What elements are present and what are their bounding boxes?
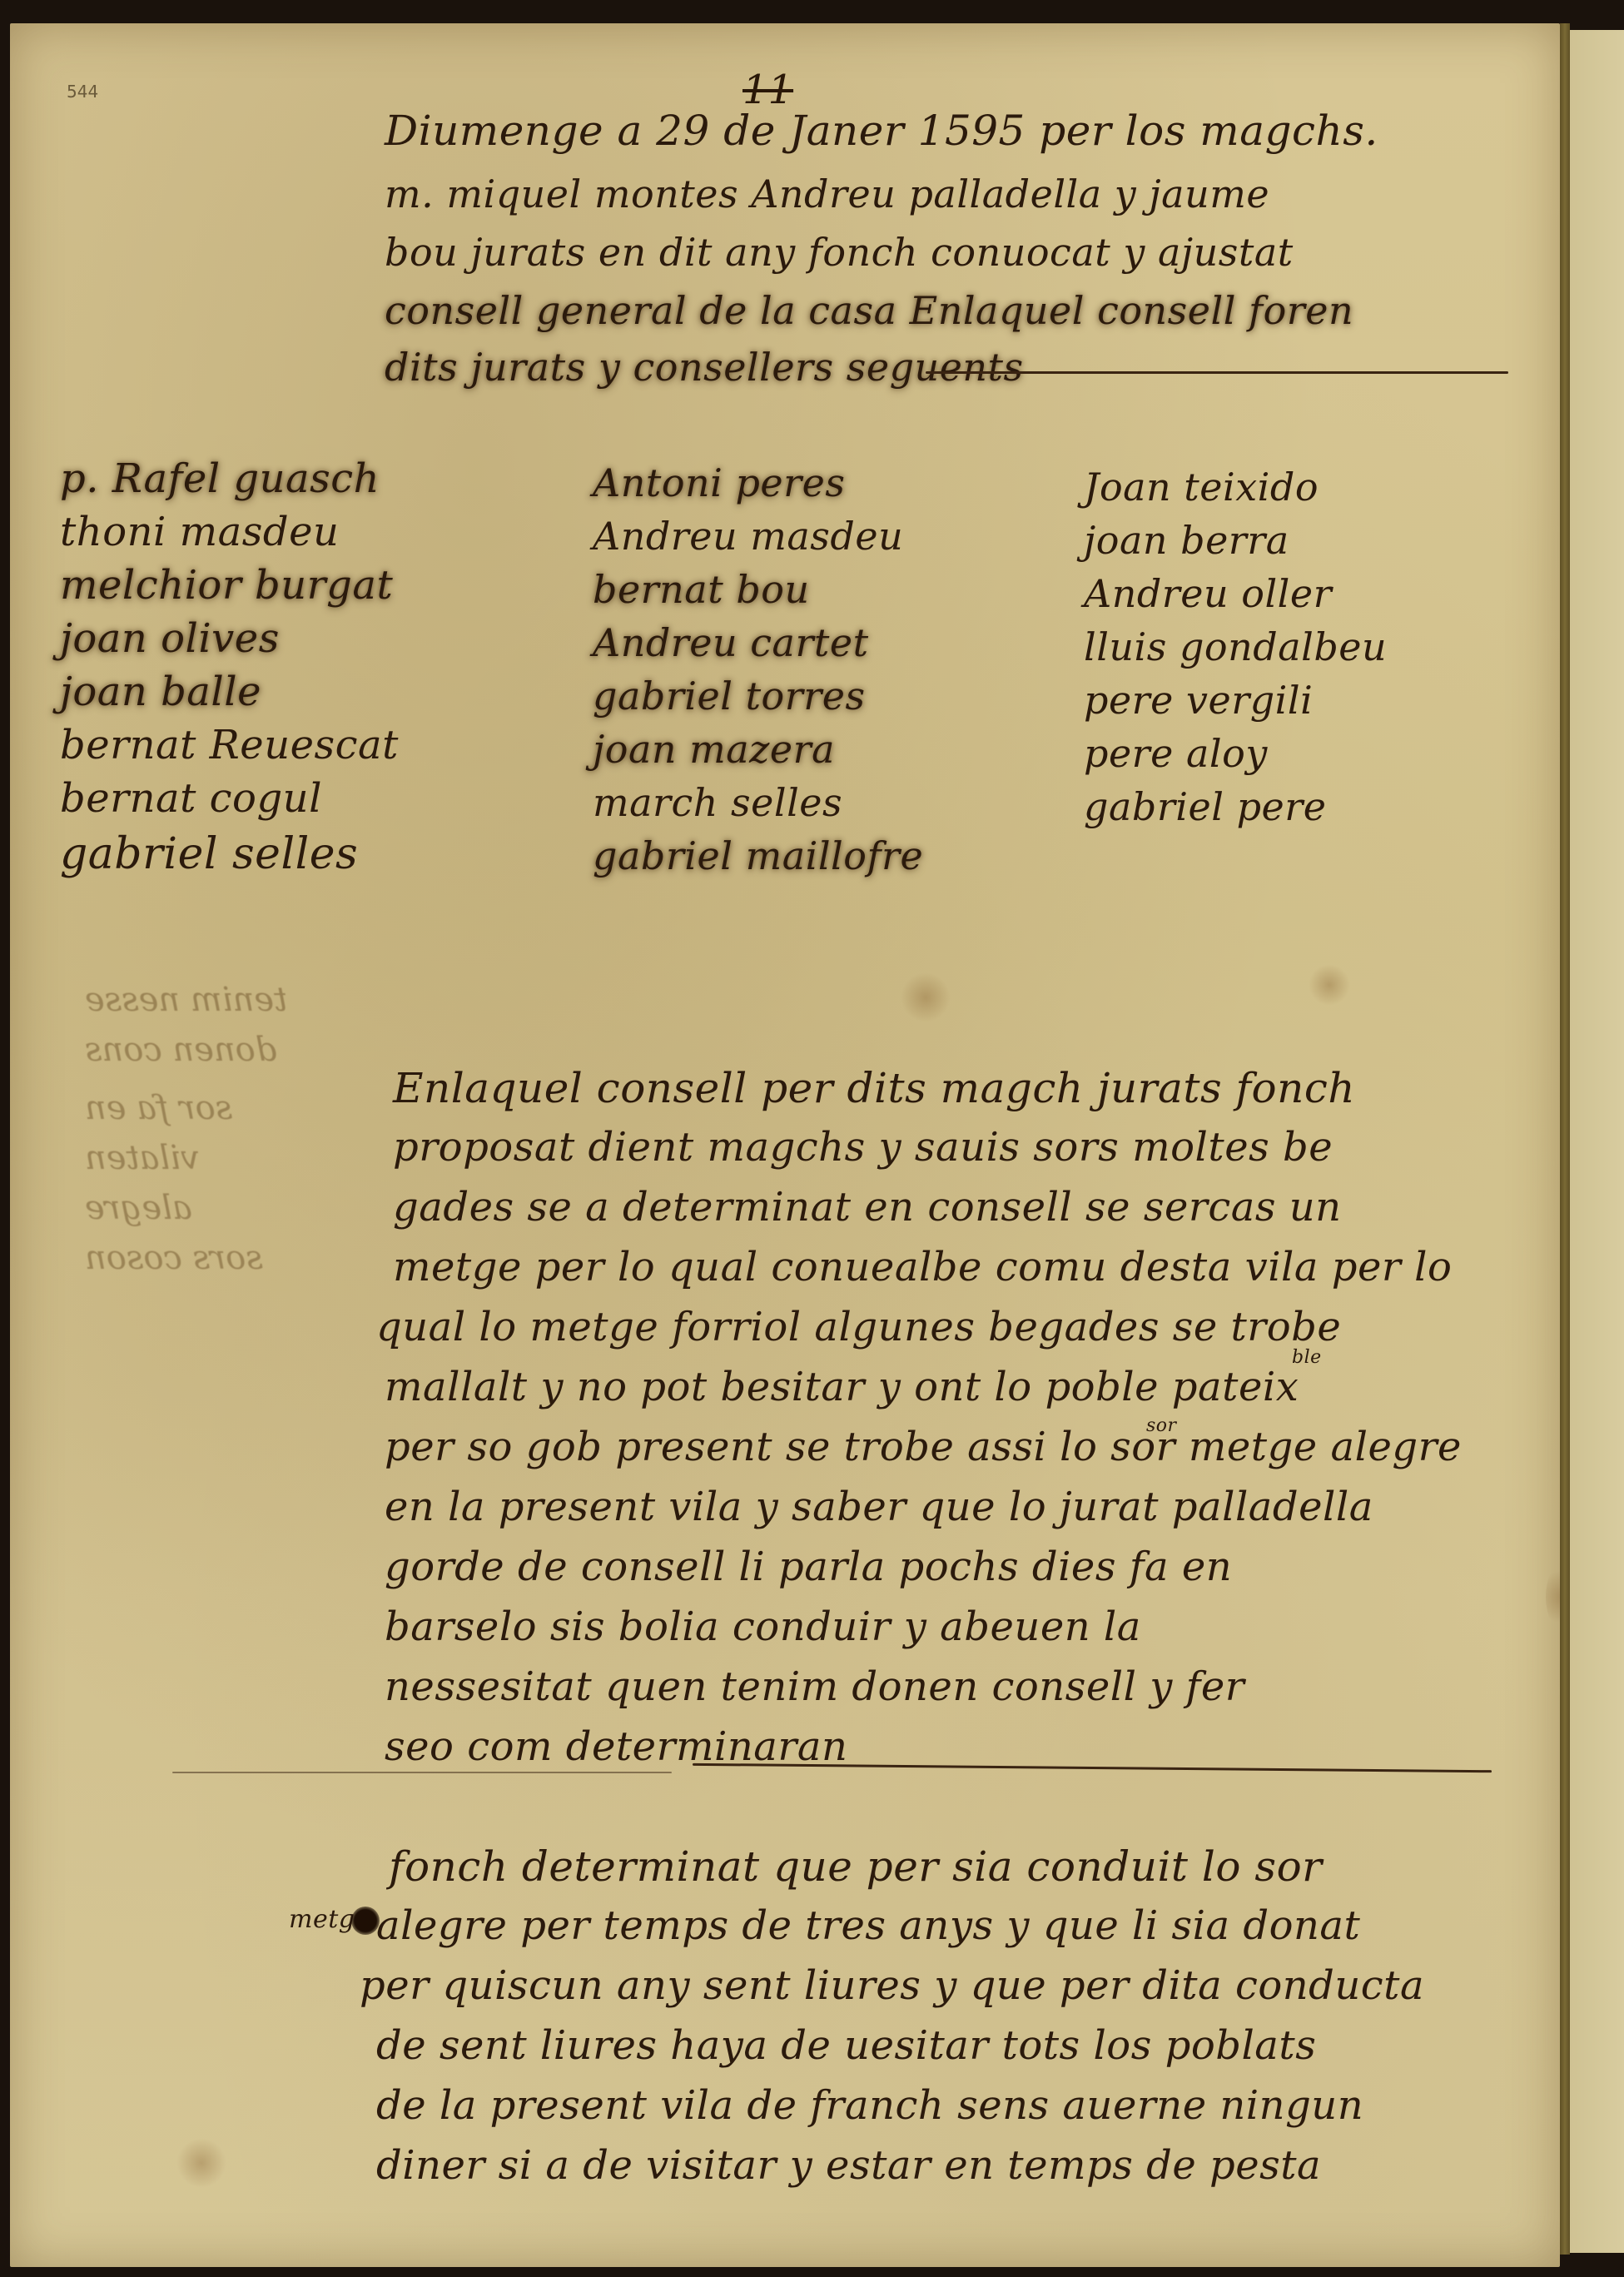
councillor-name: Antoni peres	[593, 456, 923, 510]
ink-blot	[351, 1907, 380, 1935]
proposal-line: barselo sis bolia conduir y abeuen la	[385, 1603, 1141, 1650]
councillor-name: joan balle	[60, 665, 399, 718]
bleed-line: tenim nesse	[85, 981, 287, 1019]
water-stain	[1309, 964, 1350, 1006]
binding-strip	[1560, 23, 1570, 2255]
councillor-name: lluis gondalbeu	[1084, 620, 1387, 674]
councillor-name: joan olives	[60, 612, 399, 665]
proposal-line: en la present vila y saber que lo jurat …	[385, 1484, 1373, 1530]
councillor-name: thoni masdeu	[60, 505, 399, 559]
proposal-line: Enlaquel consell per dits magch jurats f…	[393, 1064, 1355, 1112]
manuscript-page: 544 11 tenim nesse donen cons sor fa en …	[10, 23, 1560, 2267]
proposal-line: per so gob present se trobe assi lo sor …	[385, 1424, 1462, 1470]
resolution-line: diner si a de visitar y estar en temps d…	[376, 2142, 1321, 2189]
water-stain	[901, 972, 951, 1022]
councillors-column-3: Joan teixido joan berra Andreu oller llu…	[1084, 460, 1387, 833]
councillor-name: Andreu cartet	[593, 616, 923, 669]
proposal-line: metge per lo qual conuealbe comu desta v…	[393, 1244, 1452, 1290]
proposal-line: mallalt y no pot besitar y ont lo poble …	[385, 1364, 1299, 1410]
header-line: consell general de la casa Enlaquel cons…	[385, 288, 1353, 333]
councillor-name: gabriel maillofre	[593, 829, 923, 882]
proposal-line: nessesitat quen tenim donen consell y fe…	[385, 1663, 1244, 1710]
header-line: dits jurats y consellers seguents	[385, 345, 1024, 390]
councillors-column-2: Antoni peres Andreu masdeu bernat bou An…	[593, 456, 923, 882]
resolution-line: fonch determinat que per sia conduit lo …	[389, 1842, 1323, 1891]
interlinear-note: sor	[1146, 1415, 1177, 1436]
adjacent-page-edge	[1570, 30, 1624, 2253]
header-line: m. miquel montes Andreu palladella y jau…	[385, 172, 1269, 216]
councillor-name: Andreu masdeu	[593, 510, 923, 563]
bleed-line: sors coson	[85, 1239, 263, 1277]
proposal-line: gorde de consell li parla pochs dies fa …	[385, 1544, 1232, 1590]
proposal-line: seo com determinaran	[385, 1723, 847, 1770]
councillor-name: pere aloy	[1084, 727, 1387, 780]
proposal-line: qual lo metge forriol algunes begades se…	[376, 1304, 1341, 1350]
councillor-name: Joan teixido	[1084, 460, 1387, 514]
header-line: Diumenge a 29 de Janer 1595 per los magc…	[385, 107, 1378, 155]
interlinear-note: ble	[1292, 1347, 1322, 1368]
councillor-name: joan mazera	[593, 723, 923, 776]
proposal-line: proposat dient magchs y sauis sors molte…	[393, 1124, 1333, 1171]
councillor-name: gabriel selles	[60, 825, 399, 883]
councillor-name: gabriel pere	[1084, 780, 1387, 833]
header-line: bou jurats en dit any fonch conuocat y a…	[385, 230, 1294, 275]
councillor-name: march selles	[593, 776, 923, 829]
councillor-name: pere vergili	[1084, 674, 1387, 727]
proposal-line: gades se a determinat en consell se serc…	[393, 1184, 1342, 1230]
line-filler-rule	[926, 371, 1508, 374]
resolution-line: per quiscun any sent liures y que per di…	[360, 1962, 1424, 2009]
resolution-line: alegre per temps de tres anys y que li s…	[376, 1902, 1360, 1949]
councillor-name: p. Rafel guasch	[60, 452, 399, 505]
folio-number: 544	[67, 82, 98, 102]
section-divider	[172, 1772, 672, 1773]
councillor-name: bernat Reuescat	[60, 718, 399, 772]
bleed-line: donen cons	[85, 1031, 276, 1069]
bleed-line: sor fa en	[85, 1089, 232, 1127]
water-stain	[176, 2138, 226, 2188]
councillor-name: joan berra	[1084, 514, 1387, 567]
councillor-name: gabriel torres	[593, 669, 923, 723]
resolution-line: de la present vila de franch sens auerne…	[376, 2082, 1363, 2129]
councillors-column-1: p. Rafel guasch thoni masdeu melchior bu…	[60, 452, 399, 883]
bleed-line: alegre	[85, 1189, 192, 1227]
resolution-line: de sent liures haya de uesitar tots los …	[376, 2022, 1316, 2069]
bleed-line: vilaten	[85, 1139, 200, 1177]
councillor-name: bernat cogul	[60, 772, 399, 825]
councillor-name: melchior burgat	[60, 559, 399, 612]
councillor-name: bernat bou	[593, 563, 923, 616]
councillor-name: Andreu oller	[1084, 567, 1387, 620]
